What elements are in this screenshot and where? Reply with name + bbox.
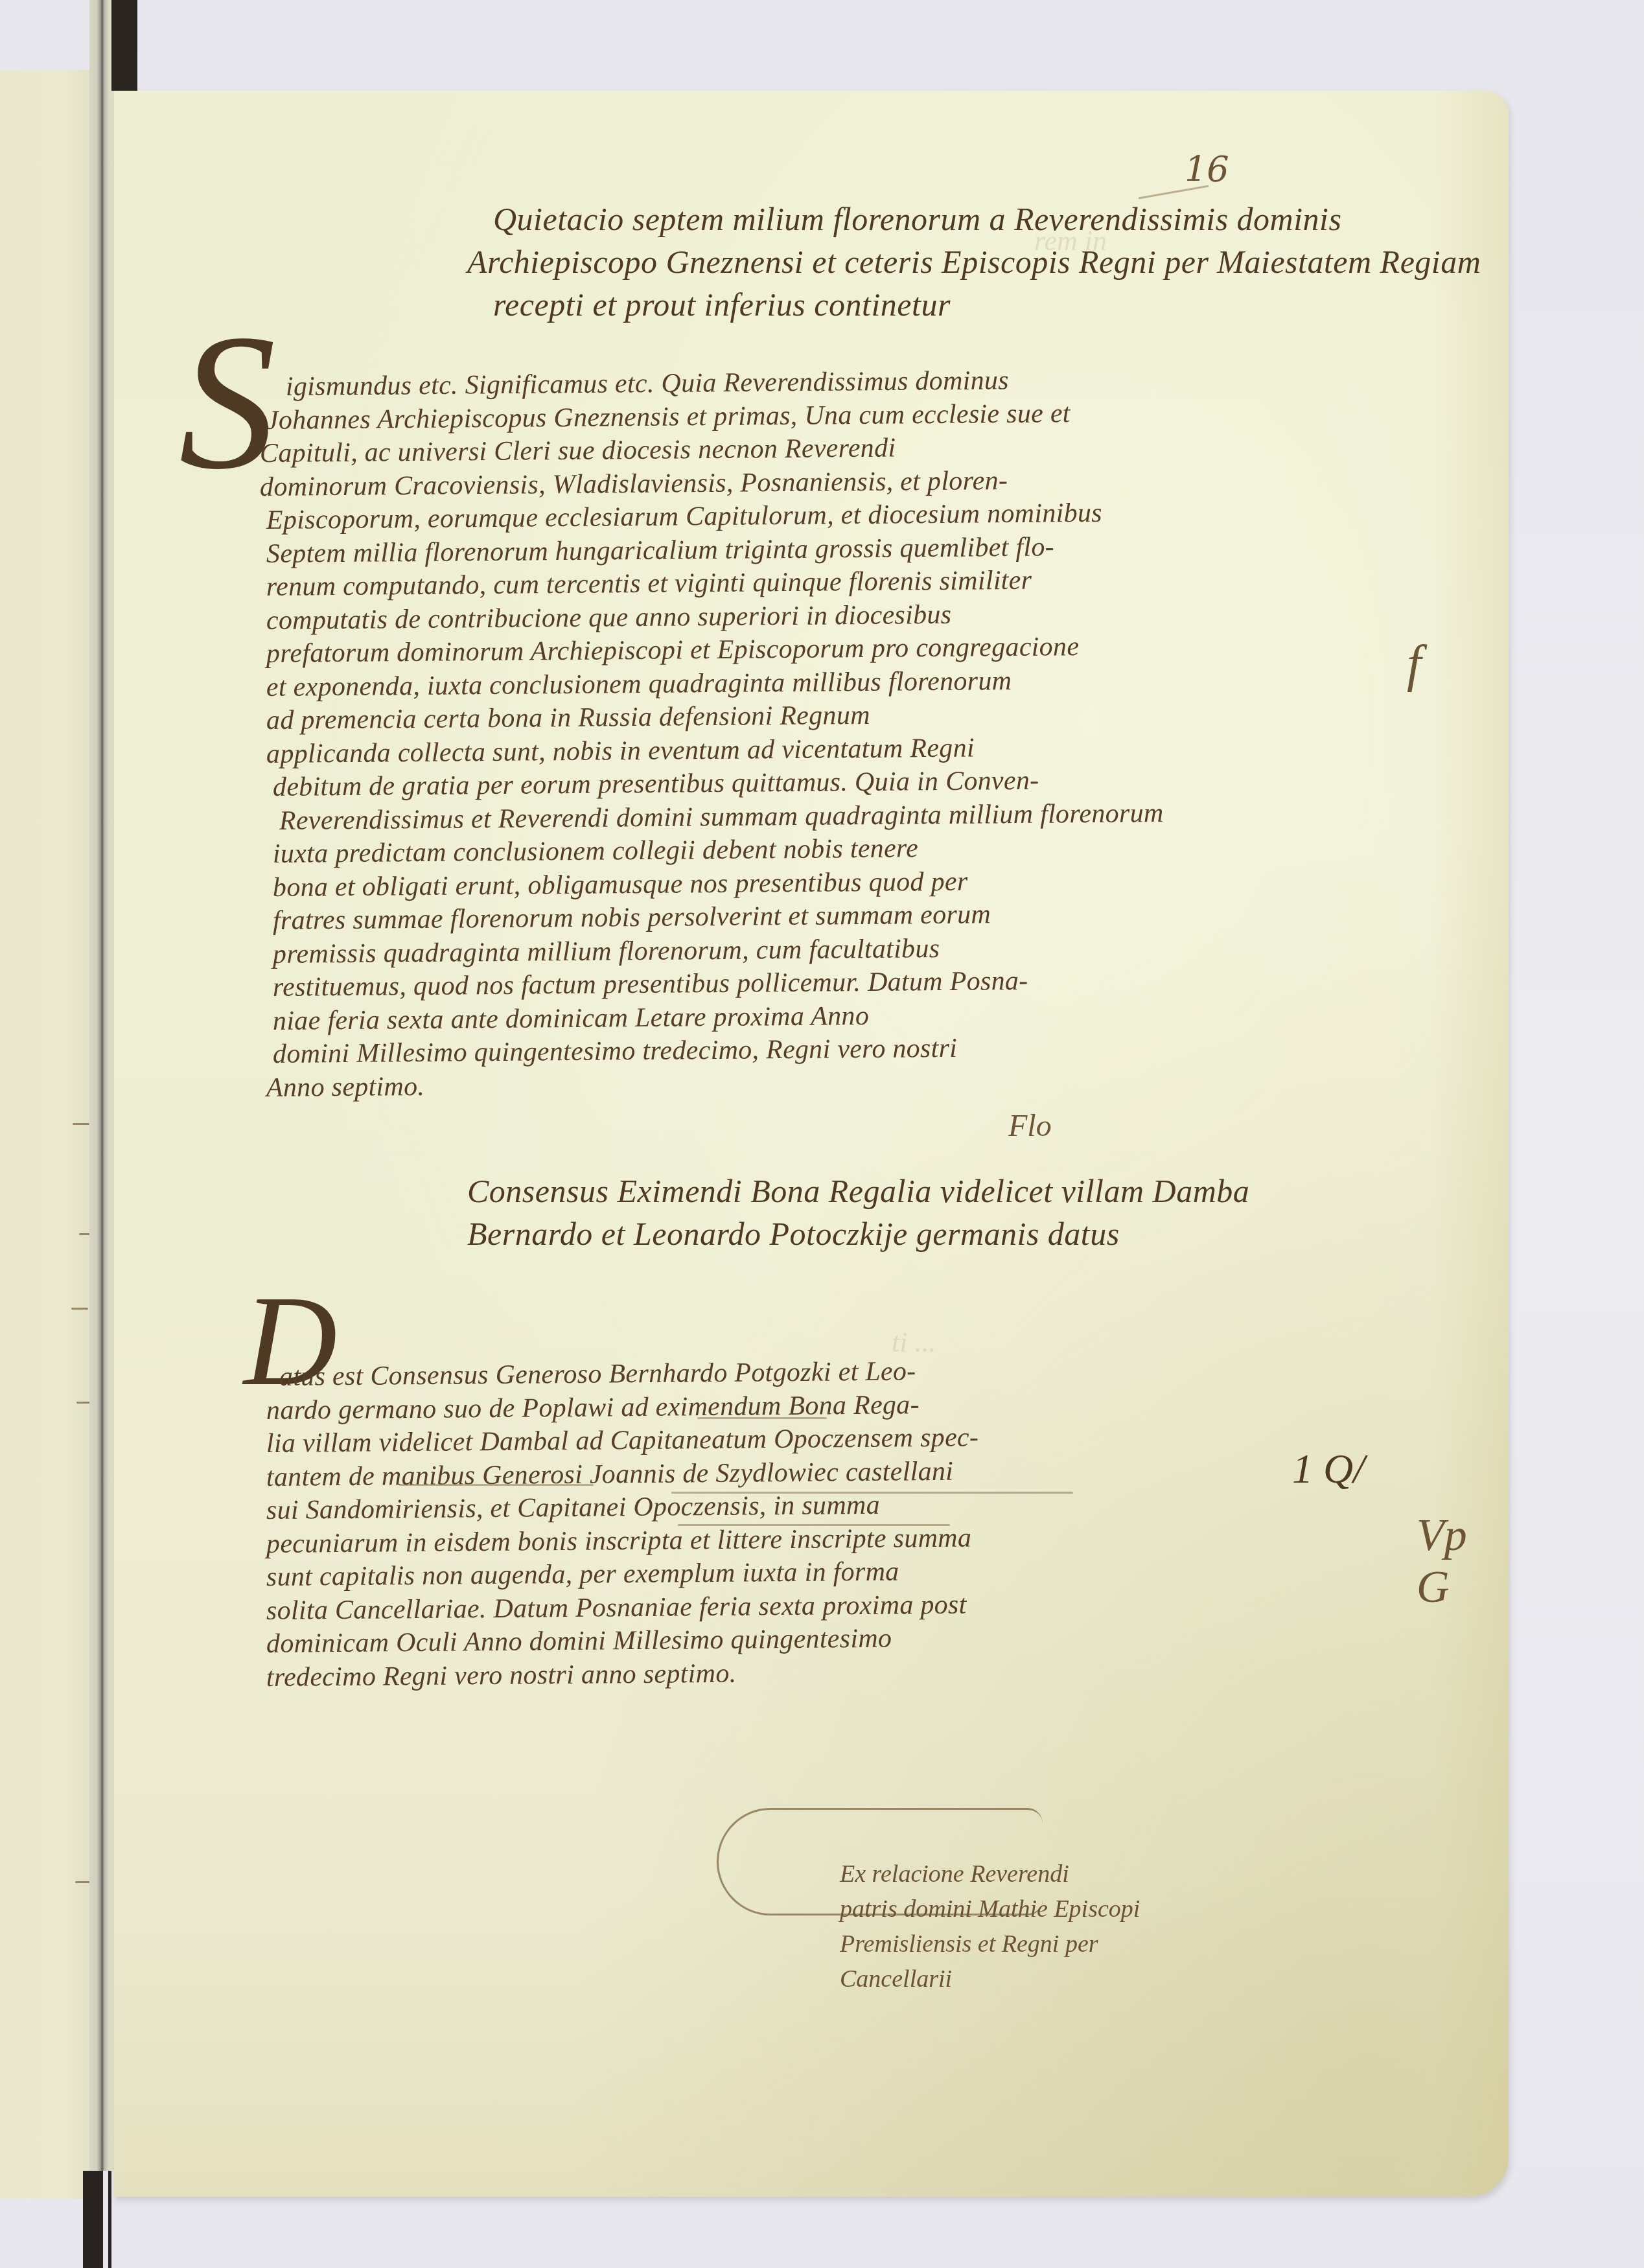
relatio-signature: Ex relacione Reverendi patris domini Mat… <box>840 1857 1140 1996</box>
underline-stroke <box>697 1417 827 1419</box>
binding-spine-top <box>111 0 137 91</box>
rubric-line: Bernardo et Leonardo Potoczkije germanis… <box>467 1212 1277 1255</box>
ink-trace <box>71 1308 88 1310</box>
underline-stroke <box>399 1484 594 1486</box>
underline-stroke <box>671 1492 1073 1494</box>
signature-line: patris domini Mathie Episcopi <box>840 1892 1140 1927</box>
entry-1-body: igismundus etc. Significamus etc. Quia R… <box>247 371 1349 1105</box>
margin-note: 1 Q/ <box>1292 1445 1365 1493</box>
facing-page-left <box>0 70 91 2199</box>
signature-line: Premisliensis et Regni per <box>840 1927 1140 1961</box>
rubric-line: Consensus Eximendi Bona Regalia videlice… <box>467 1170 1277 1212</box>
entry-2-body: atus est Consensus Generoso Bernhardo Po… <box>247 1361 1349 1695</box>
rubric-line: recepti et prout inferius continetur <box>493 283 1303 326</box>
rubric-line: Archiepiscopo Gneznensi et ceteris Episc… <box>467 240 1303 283</box>
underline-stroke <box>678 1524 950 1526</box>
marginal-sign: Flo <box>1008 1108 1052 1144</box>
signature-line: Ex relacione Reverendi <box>840 1857 1140 1892</box>
rubric-line: Quietacio septem milium florenorum a Rev… <box>493 198 1303 240</box>
signature-line: Cancellarii <box>840 1961 1140 1996</box>
book-gutter <box>89 0 114 2268</box>
page-edge-stain <box>1431 91 1509 2197</box>
ink-trace <box>73 1123 89 1125</box>
margin-note: Vp G <box>1417 1510 1509 1614</box>
margin-note: f <box>1407 635 1421 694</box>
entry-1-rubric: Quietacio septem milium florenorum a Rev… <box>493 198 1303 326</box>
manuscript-page: rem in ti ... 16 Quietacio septem milium… <box>114 91 1509 2197</box>
entry-2-rubric: Consensus Eximendi Bona Regalia videlice… <box>467 1170 1277 1255</box>
folio-number: 16 <box>1185 149 1229 190</box>
